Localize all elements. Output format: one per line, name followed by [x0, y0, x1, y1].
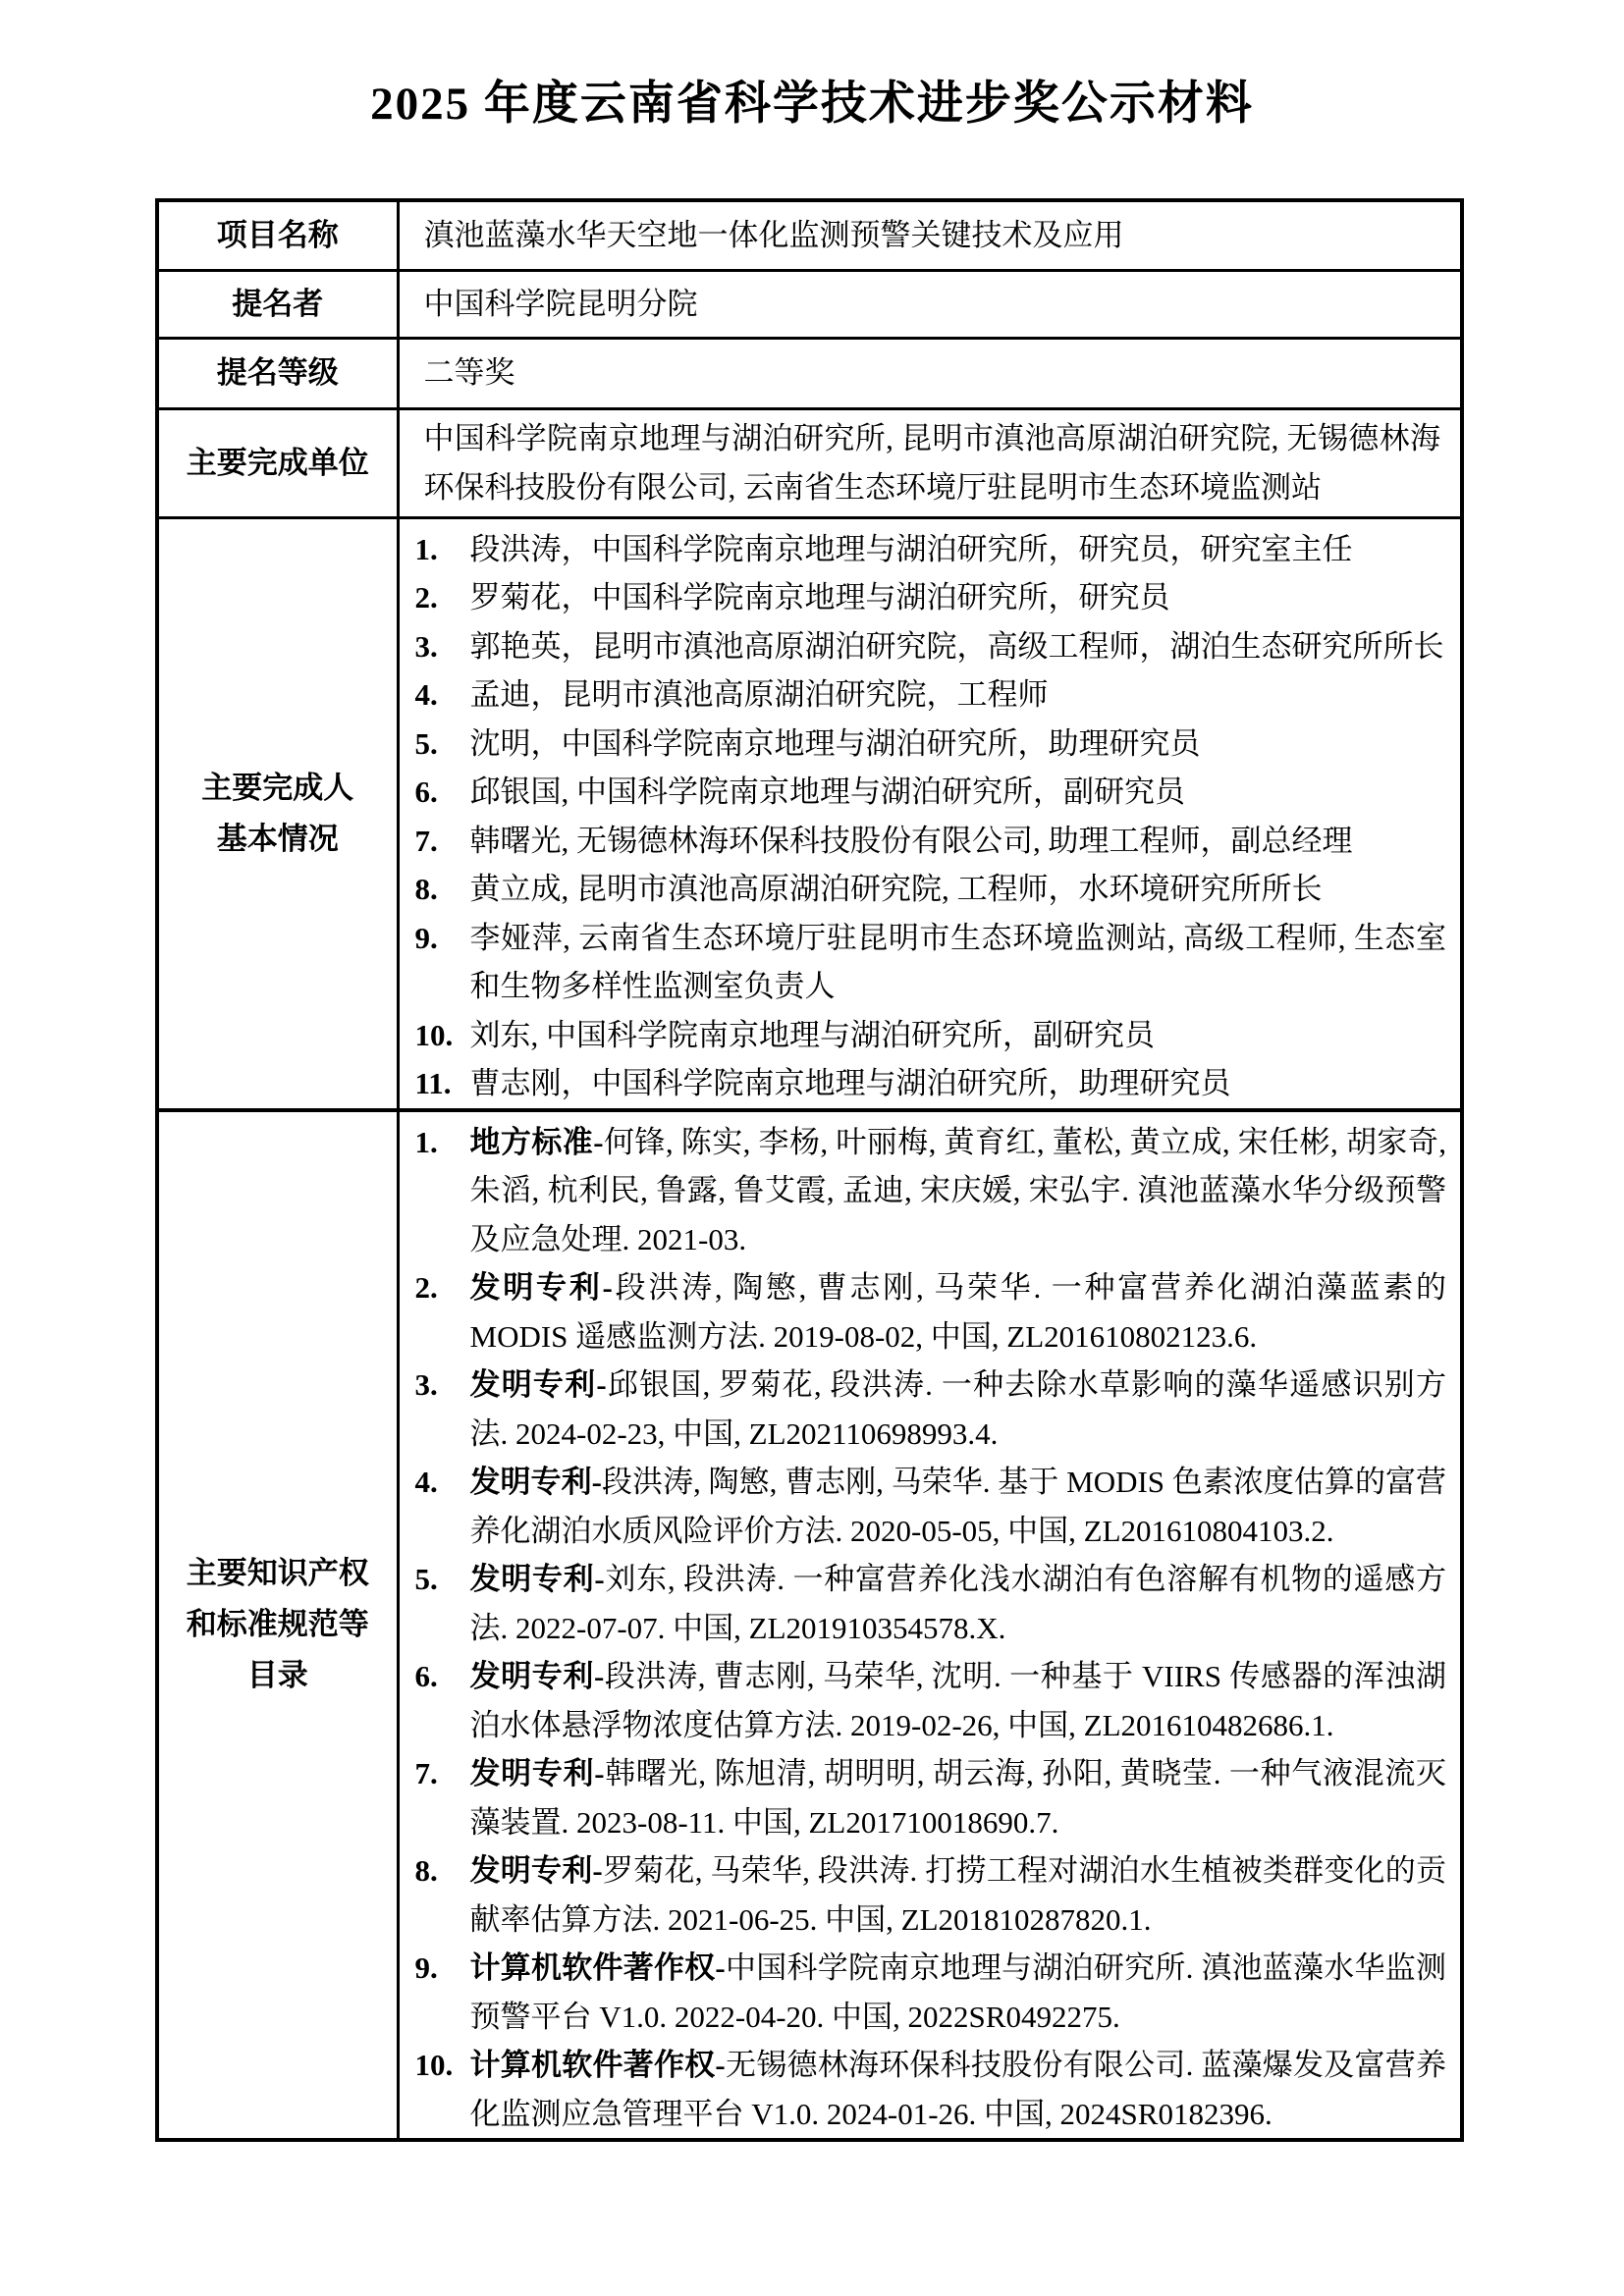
- list-item: 5.沈明，中国科学院南京地理与湖泊研究所，助理研究员: [400, 720, 1447, 769]
- ip-list: 1.地方标准-何锋, 陈实, 李杨, 叶丽梅, 黄育红, 董松, 黄立成, 宋任…: [400, 1118, 1447, 2139]
- list-item: 2.罗菊花，中国科学院南京地理与湖泊研究所，研究员: [400, 573, 1447, 622]
- label-line: 主要知识产权: [165, 1548, 391, 1599]
- label-line: 和标准规范等: [165, 1599, 391, 1650]
- completers-list: 1.段洪涛，中国科学院南京地理与湖泊研究所，研究员，研究室主任 2.罗菊花，中国…: [400, 525, 1447, 1108]
- item-number: 3.: [415, 1361, 438, 1410]
- item-text: 邱银国, 罗菊花, 段洪涛. 一种去除水草影响的藻华遥感识别方法. 2024-0…: [470, 1367, 1447, 1451]
- item-type: 计算机软件著作权-: [470, 1950, 726, 1985]
- item-number: 2.: [415, 573, 438, 622]
- item-number: 6.: [415, 768, 438, 817]
- item-text: 刘东, 中国科学院南京地理与湖泊研究所，副研究员: [470, 1018, 1156, 1052]
- row-label-nomination-level: 提名等级: [157, 338, 398, 408]
- page-title: 2025 年度云南省科学技术进步奖公示材料: [0, 75, 1624, 133]
- list-item: 2.发明专利-段洪涛, 陶慜, 曹志刚, 马荣华. 一种富营养化湖泊藻蓝素的 M…: [400, 1263, 1447, 1361]
- item-type: 发明专利-: [470, 1756, 605, 1790]
- row-value-nominator: 中国科学院昆明分院: [398, 270, 1462, 338]
- row-value-project-name: 滇池蓝藻水华天空地一体化监测预警关键技术及应用: [398, 200, 1462, 270]
- item-text: 罗菊花, 马荣华, 段洪涛. 打捞工程对湖泊水生植被类群变化的贡献率估算方法. …: [470, 1853, 1447, 1937]
- table-row-nominator: 提名者 中国科学院昆明分院: [157, 270, 1462, 338]
- list-item: 10.计算机软件著作权-无锡德林海环保科技股份有限公司. 蓝藻爆发及富营养化监测…: [400, 2041, 1447, 2138]
- list-item: 7.发明专利-韩曙光, 陈旭清, 胡明明, 胡云海, 孙阳, 黄晓莹. 一种气液…: [400, 1749, 1447, 1846]
- list-item: 4.发明专利-段洪涛, 陶慜, 曹志刚, 马荣华. 基于 MODIS 色素浓度估…: [400, 1458, 1447, 1555]
- list-item: 11.曹志刚，中国科学院南京地理与湖泊研究所，助理研究员: [400, 1059, 1447, 1108]
- item-number: 3.: [415, 622, 438, 671]
- item-text: 孟迪，昆明市滇池高原湖泊研究院，工程师: [470, 677, 1049, 712]
- list-item: 3.发明专利-邱银国, 罗菊花, 段洪涛. 一种去除水草影响的藻华遥感识别方法.…: [400, 1361, 1447, 1458]
- row-label-ip: 主要知识产权 和标准规范等 目录: [157, 1110, 398, 2141]
- item-number: 4.: [415, 1458, 438, 1507]
- item-number: 11.: [415, 1059, 452, 1108]
- document-page: 2025 年度云南省科学技术进步奖公示材料 项目名称 滇池蓝藻水华天空地一体化监…: [0, 0, 1624, 2296]
- item-text: 邱银国, 中国科学院南京地理与湖泊研究所，副研究员: [470, 774, 1186, 809]
- item-type: 发明专利-: [470, 1853, 603, 1888]
- item-text: 李娅萍, 云南省生态环境厅驻昆明市生态环境监测站, 高级工程师, 生态室和生物多…: [470, 921, 1447, 1004]
- list-item: 10.刘东, 中国科学院南京地理与湖泊研究所，副研究员: [400, 1011, 1447, 1060]
- item-text: 曹志刚，中国科学院南京地理与湖泊研究所，助理研究员: [470, 1066, 1231, 1100]
- row-value-nomination-level: 二等奖: [398, 338, 1462, 408]
- item-number: 7.: [415, 1749, 438, 1798]
- item-number: 10.: [415, 1011, 454, 1060]
- list-item: 9.计算机软件著作权-中国科学院南京地理与湖泊研究所. 滇池蓝藻水华监测预警平台…: [400, 1944, 1447, 2041]
- list-item: 6.发明专利-段洪涛, 曹志刚, 马荣华, 沈明. 一种基于 VIIRS 传感器…: [400, 1652, 1447, 1749]
- item-number: 5.: [415, 1555, 438, 1604]
- item-text: 段洪涛，中国科学院南京地理与湖泊研究所，研究员，研究室主任: [470, 532, 1353, 566]
- item-type: 发明专利-: [470, 1367, 607, 1402]
- item-number: 5.: [415, 720, 438, 769]
- list-item: 7.韩曙光, 无锡德林海环保科技股份有限公司, 助理工程师，副总经理: [400, 817, 1447, 866]
- label-line: 基本情况: [165, 814, 391, 865]
- row-value-main-units: 中国科学院南京地理与湖泊研究所, 昆明市滇池高原湖泊研究院, 无锡德林海环保科技…: [398, 408, 1462, 517]
- row-value-ip: 1.地方标准-何锋, 陈实, 李杨, 叶丽梅, 黄育红, 董松, 黄立成, 宋任…: [398, 1110, 1462, 2141]
- list-item: 1.段洪涛，中国科学院南京地理与湖泊研究所，研究员，研究室主任: [400, 525, 1447, 574]
- table-row-project-name: 项目名称 滇池蓝藻水华天空地一体化监测预警关键技术及应用: [157, 200, 1462, 270]
- item-type: 发明专利-: [470, 1562, 605, 1596]
- list-item: 1.地方标准-何锋, 陈实, 李杨, 叶丽梅, 黄育红, 董松, 黄立成, 宋任…: [400, 1118, 1447, 1264]
- list-item: 8.黄立成, 昆明市滇池高原湖泊研究院, 工程师，水环境研究所所长: [400, 865, 1447, 914]
- label-line: 主要完成人: [165, 763, 391, 814]
- item-number: 4.: [415, 670, 438, 720]
- table-row-main-units: 主要完成单位 中国科学院南京地理与湖泊研究所, 昆明市滇池高原湖泊研究院, 无锡…: [157, 408, 1462, 517]
- item-number: 7.: [415, 817, 438, 866]
- item-number: 10.: [415, 2041, 454, 2090]
- table-row-ip: 主要知识产权 和标准规范等 目录 1.地方标准-何锋, 陈实, 李杨, 叶丽梅,…: [157, 1110, 1462, 2141]
- item-type: 发明专利-: [470, 1659, 605, 1693]
- item-number: 2.: [415, 1263, 438, 1312]
- row-label-main-units: 主要完成单位: [157, 408, 398, 517]
- item-type: 发明专利-: [470, 1465, 602, 1499]
- list-item: 5.发明专利-刘东, 段洪涛. 一种富营养化浅水湖泊有色溶解有机物的遥感方法. …: [400, 1555, 1447, 1652]
- row-label-project-name: 项目名称: [157, 200, 398, 270]
- item-text: 罗菊花，中国科学院南京地理与湖泊研究所，研究员: [470, 580, 1170, 614]
- item-number: 9.: [415, 1944, 438, 1993]
- list-item: 8.发明专利-罗菊花, 马荣华, 段洪涛. 打捞工程对湖泊水生植被类群变化的贡献…: [400, 1846, 1447, 1944]
- row-label-completers: 主要完成人 基本情况: [157, 517, 398, 1110]
- item-number: 1.: [415, 1118, 438, 1167]
- list-item: 4.孟迪，昆明市滇池高原湖泊研究院，工程师: [400, 670, 1447, 720]
- item-text: 韩曙光, 陈旭清, 胡明明, 胡云海, 孙阳, 黄晓莹. 一种气液混流灭藻装置.…: [470, 1756, 1447, 1840]
- table-row-nomination-level: 提名等级 二等奖: [157, 338, 1462, 408]
- item-text: 段洪涛, 陶慜, 曹志刚, 马荣华. 基于 MODIS 色素浓度估算的富营养化湖…: [470, 1465, 1447, 1548]
- item-number: 8.: [415, 865, 438, 914]
- list-item: 9.李娅萍, 云南省生态环境厅驻昆明市生态环境监测站, 高级工程师, 生态室和生…: [400, 914, 1447, 1011]
- item-type: 发明专利-: [470, 1270, 613, 1305]
- item-type: 计算机软件著作权-: [470, 2048, 726, 2082]
- item-text: 何锋, 陈实, 李杨, 叶丽梅, 黄育红, 董松, 黄立成, 宋任彬, 胡家奇,…: [470, 1125, 1447, 1256]
- item-text: 沈明，中国科学院南京地理与湖泊研究所，助理研究员: [470, 726, 1201, 761]
- item-text: 段洪涛, 曹志刚, 马荣华, 沈明. 一种基于 VIIRS 传感器的浑浊湖泊水体…: [470, 1659, 1447, 1742]
- list-item: 6.邱银国, 中国科学院南京地理与湖泊研究所，副研究员: [400, 768, 1447, 817]
- item-type: 地方标准-: [470, 1125, 604, 1159]
- item-text: 郭艳英，昆明市滇池高原湖泊研究院，高级工程师，湖泊生态研究所所长: [470, 629, 1444, 664]
- item-number: 9.: [415, 914, 438, 963]
- label-line: 目录: [165, 1650, 391, 1701]
- item-text: 黄立成, 昆明市滇池高原湖泊研究院, 工程师，水环境研究所所长: [470, 872, 1323, 906]
- table-row-completers: 主要完成人 基本情况 1.段洪涛，中国科学院南京地理与湖泊研究所，研究员，研究室…: [157, 517, 1462, 1110]
- item-number: 8.: [415, 1846, 438, 1896]
- list-item: 3.郭艳英，昆明市滇池高原湖泊研究院，高级工程师，湖泊生态研究所所长: [400, 622, 1447, 671]
- item-text: 刘东, 段洪涛. 一种富营养化浅水湖泊有色溶解有机物的遥感方法. 2022-07…: [470, 1562, 1447, 1645]
- row-value-completers: 1.段洪涛，中国科学院南京地理与湖泊研究所，研究员，研究室主任 2.罗菊花，中国…: [398, 517, 1462, 1110]
- award-table: 项目名称 滇池蓝藻水华天空地一体化监测预警关键技术及应用 提名者 中国科学院昆明…: [155, 198, 1464, 2142]
- row-label-nominator: 提名者: [157, 270, 398, 338]
- item-text: 韩曙光, 无锡德林海环保科技股份有限公司, 助理工程师，副总经理: [470, 824, 1353, 858]
- item-number: 6.: [415, 1652, 438, 1701]
- item-text: 段洪涛, 陶慜, 曹志刚, 马荣华. 一种富营养化湖泊藻蓝素的 MODIS 遥感…: [470, 1270, 1447, 1354]
- item-number: 1.: [415, 525, 438, 574]
